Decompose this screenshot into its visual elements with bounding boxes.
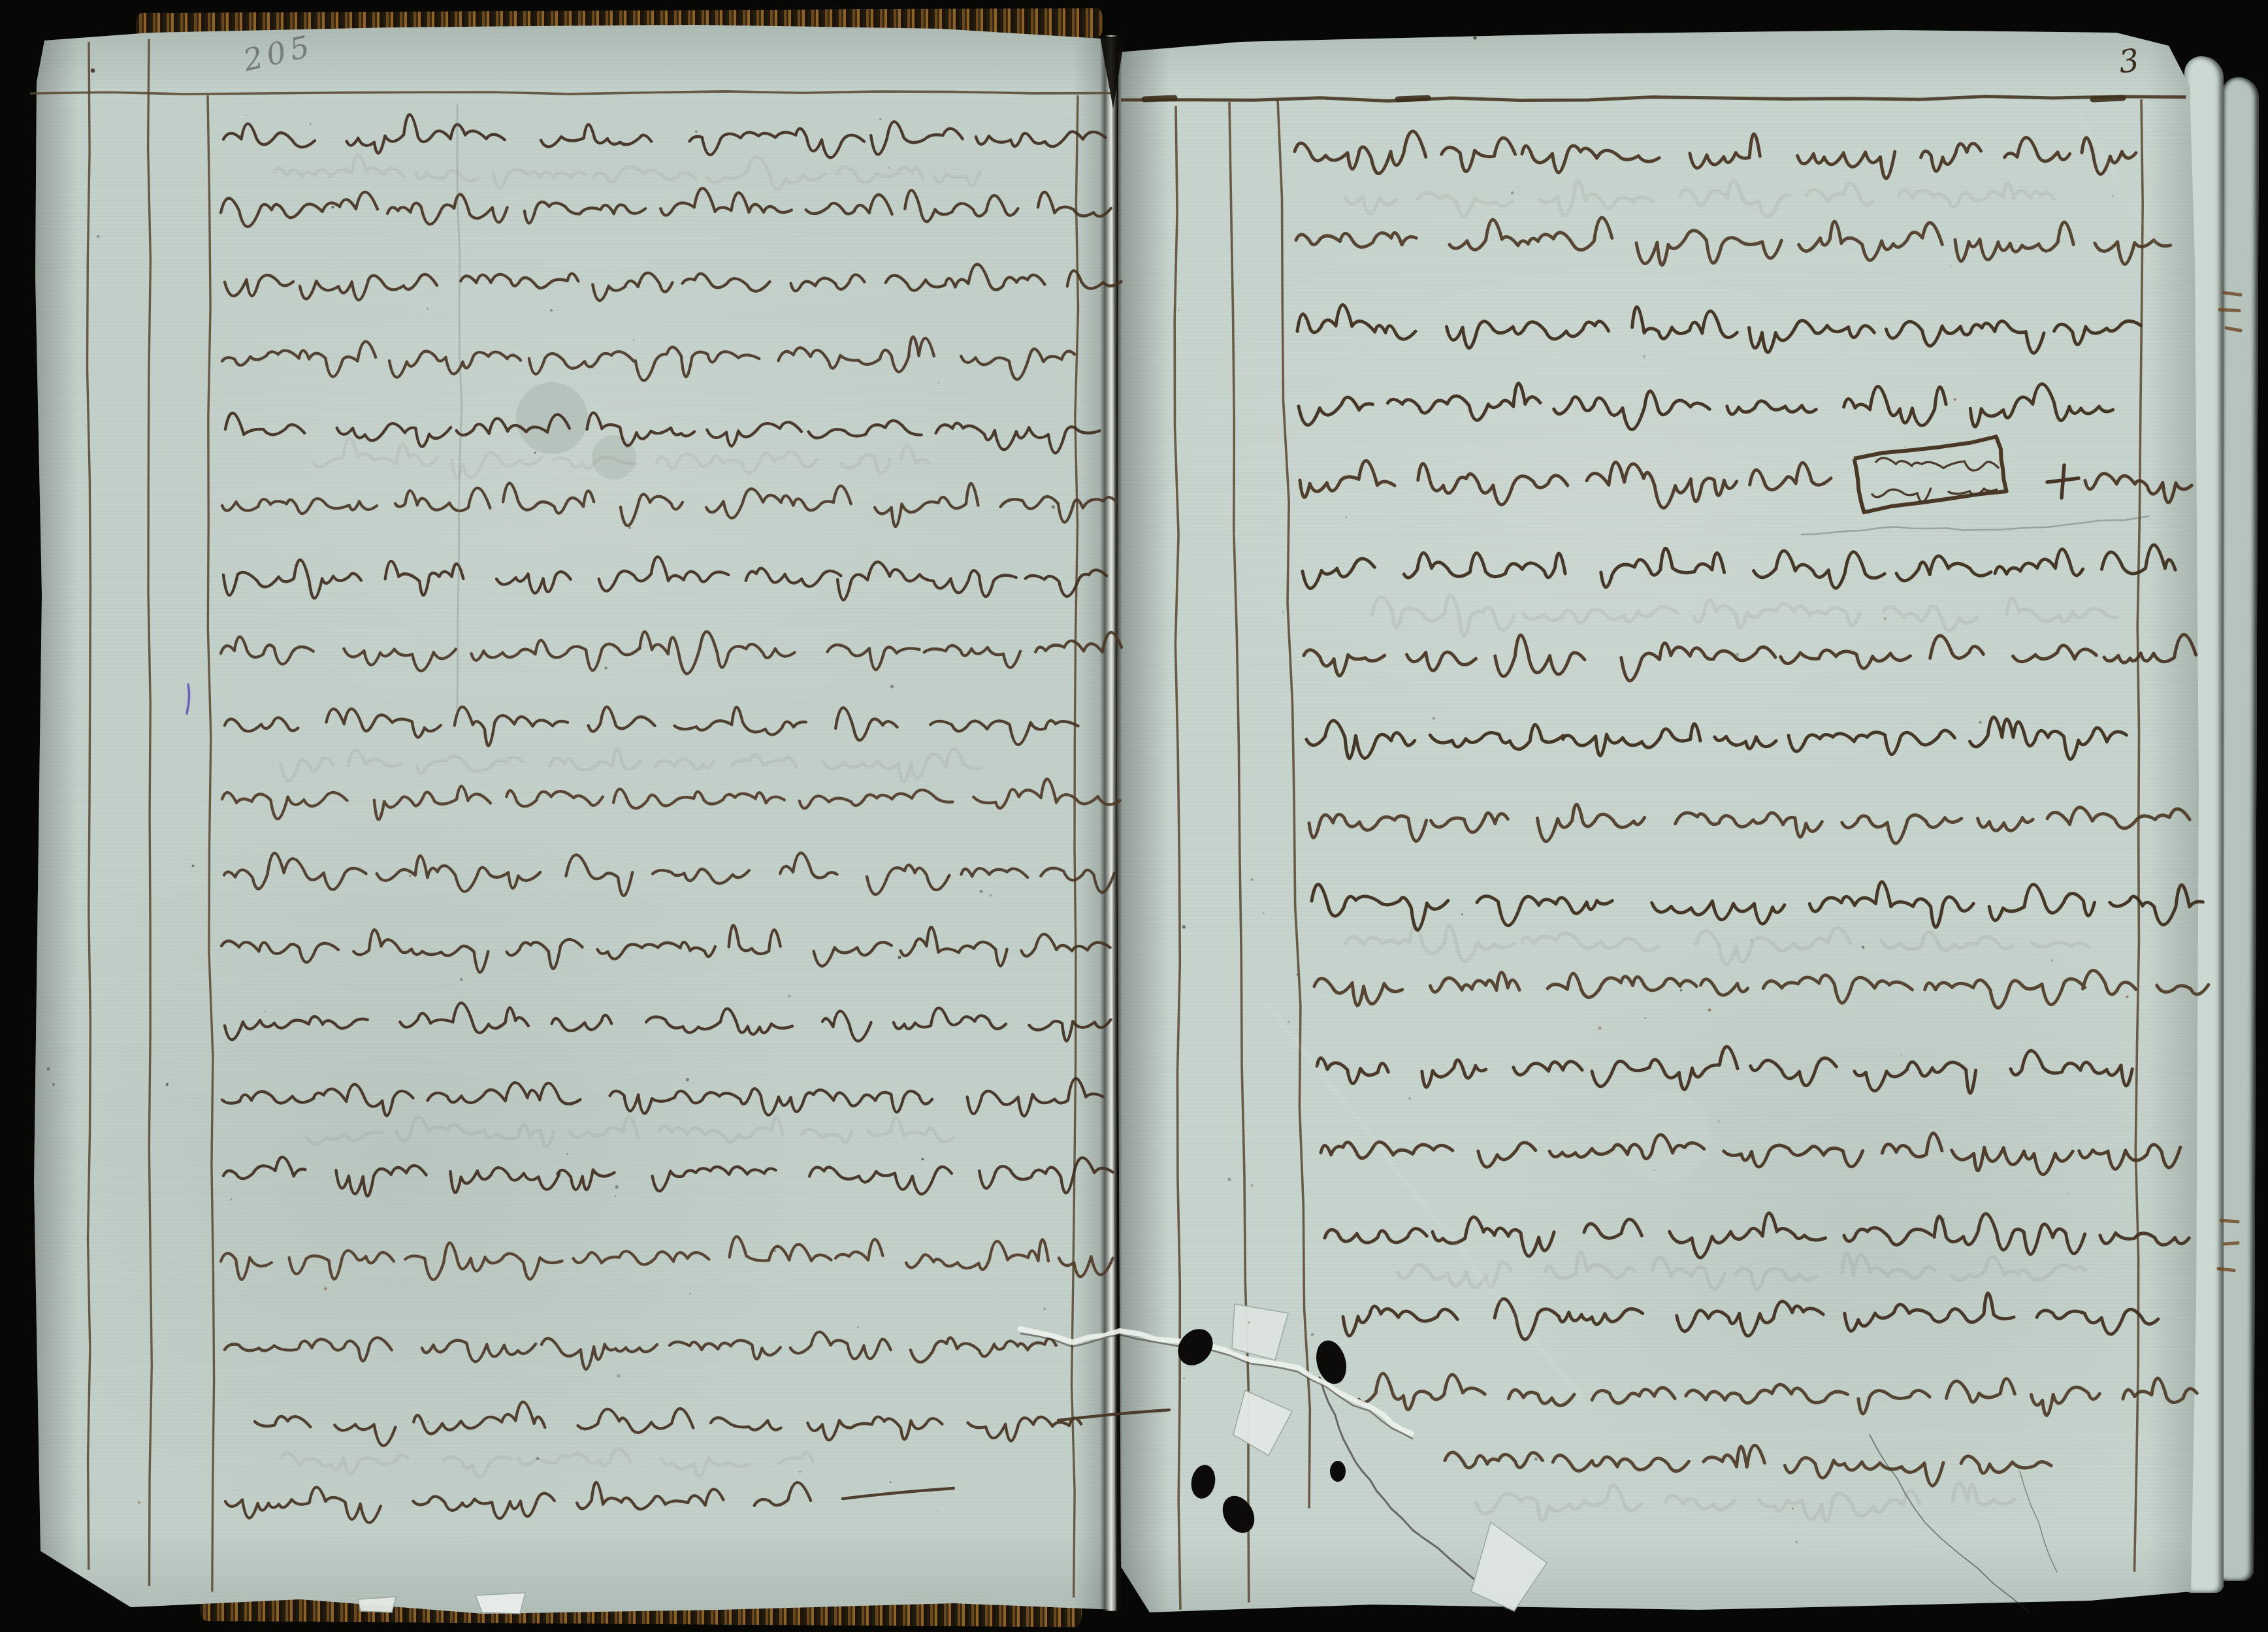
right-page-number: 3 <box>2117 44 2141 78</box>
handwriting-layer <box>0 0 2268 1632</box>
manuscript-scan: 205 3 <box>0 0 2268 1632</box>
